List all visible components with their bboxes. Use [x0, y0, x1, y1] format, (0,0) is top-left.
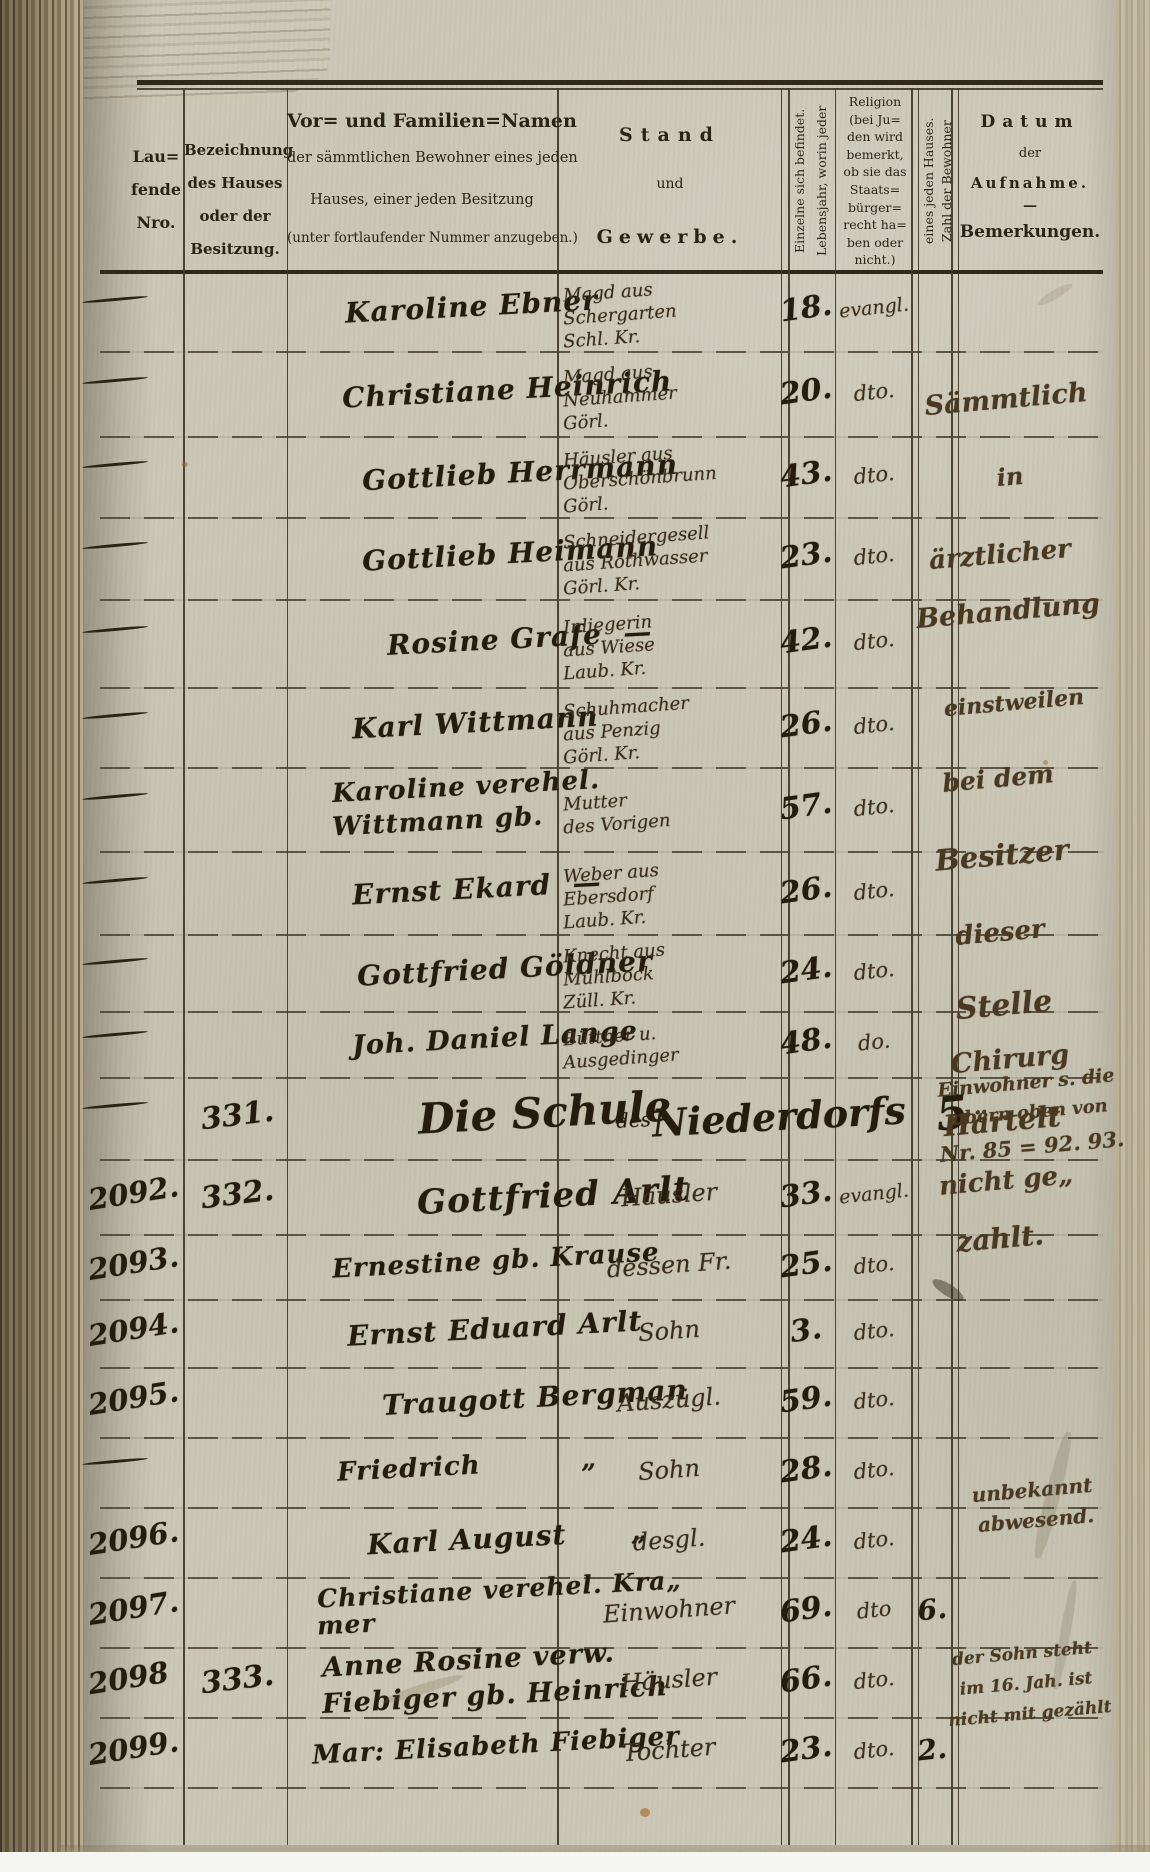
header-namen-line4: (unter fortlaufender Nummer anzugeben.)	[287, 230, 557, 246]
row-separator	[100, 1367, 1103, 1369]
religion-entry: dto.	[835, 376, 913, 408]
right-page-edge	[1116, 0, 1150, 1852]
header-namen-line3: Hauses, einer jeden Besitzung	[287, 192, 557, 208]
row-separator	[100, 1787, 1103, 1789]
header-aufnahme: Aufnahme.	[957, 174, 1103, 192]
age-years: 66.	[773, 1658, 839, 1701]
row-separator	[100, 1011, 1103, 1013]
remark-line: Sämmtlich	[923, 377, 1088, 422]
religion-entry: dto.	[835, 1454, 913, 1486]
house-number: 333.	[188, 1656, 287, 1702]
age-years: 69.	[773, 1588, 839, 1631]
age-years: 48.	[773, 1020, 839, 1063]
resident-count: 2.	[906, 1731, 957, 1769]
row-separator	[100, 934, 1103, 936]
religion-entry: dto.	[835, 875, 913, 907]
house-number: 331.	[188, 1092, 287, 1138]
age-years: 25.	[773, 1242, 839, 1285]
religion-entry: dto.	[835, 1249, 913, 1281]
religion-entry: dto.	[835, 1664, 913, 1696]
resident-name: Karoline verehel.	[331, 765, 600, 809]
right-page-shading	[1086, 0, 1116, 1852]
school-entry-part2: des	[615, 1107, 651, 1133]
religion-entry: dto	[835, 1594, 913, 1626]
religion-entry: dto.	[835, 459, 913, 491]
header-laufende-nro: Lau= fende Nro.	[128, 140, 184, 239]
bottom-page-edge	[60, 1845, 1150, 1852]
religion-entry: dto.	[835, 540, 913, 572]
resident-name: mer	[316, 1608, 376, 1640]
header-bemerkungen: Bemerkungen.	[957, 222, 1103, 242]
religion-entry: dto.	[835, 625, 913, 657]
remark-line: einstweilen	[943, 684, 1085, 722]
header-datum: Datum	[957, 112, 1103, 132]
remark-line: Besitzer	[934, 832, 1070, 878]
religion-entry: dto.	[835, 709, 913, 741]
house-number: 332.	[188, 1171, 287, 1217]
resident-count: 6.	[906, 1591, 957, 1629]
remark-line: in	[995, 461, 1024, 492]
header-namen-line2: der sämmtlichen Bewohner eines jeden	[287, 150, 557, 166]
religion-entry: dto.	[835, 1315, 913, 1347]
row-separator	[100, 517, 1103, 519]
header-divider-dash: —	[957, 198, 1103, 214]
age-years: 20.	[773, 369, 839, 412]
remark-line: im 16. Jah. ist	[959, 1668, 1093, 1700]
header-datum-der: der	[957, 146, 1103, 161]
resident-name: Karoline Ebner	[344, 283, 598, 329]
age-years: 3.	[773, 1309, 839, 1352]
age-years: 59.	[773, 1378, 839, 1421]
religion-entry: do.	[835, 1026, 913, 1058]
header-bezeichnung: Bezeichnung des Hauses oder der Besitzun…	[184, 134, 286, 266]
religion-entry: dto.	[835, 1384, 913, 1416]
religion-entry: evangl.	[835, 1179, 913, 1209]
remark-line: Behandlung	[915, 588, 1101, 635]
row-separator	[100, 1507, 1103, 1509]
remark-line: unbekannt	[971, 1473, 1094, 1507]
row-separator	[100, 687, 1103, 689]
row-separator	[100, 351, 1103, 353]
scanned-register-page: Lau= fende Nro. Bezeichnung des Hauses o…	[0, 0, 1150, 1872]
row-separator	[100, 1234, 1103, 1236]
age-years: 23.	[773, 534, 839, 577]
scan-background-strip	[0, 1852, 1150, 1872]
remark-line: Stelle	[954, 984, 1053, 1027]
age-years: 43.	[773, 452, 839, 495]
header-namen-line1: Vor= und Familien=Namen	[287, 110, 557, 132]
religion-entry: dto.	[835, 1524, 913, 1556]
religion-entry: dto.	[835, 955, 913, 987]
religion-entry: evangl.	[835, 293, 913, 323]
age-years: 42.	[773, 619, 839, 662]
table-top-border	[137, 80, 1103, 85]
resident-name: Wittmann gb.	[331, 801, 544, 842]
smudge-brown-2	[1035, 281, 1074, 309]
header-lebensjahr-vertical: Lebensjahr, worin jeder Einzelne sich be…	[785, 92, 833, 270]
age-years: 28.	[773, 1448, 839, 1491]
age-years: 26.	[773, 868, 839, 911]
header-gewerbe: Gewerbe.	[557, 226, 783, 248]
row-separator	[100, 1299, 1103, 1301]
remark-line: der Sohn steht	[951, 1638, 1093, 1670]
row-separator	[100, 1437, 1103, 1439]
remark-line: zahlt.	[955, 1218, 1045, 1259]
stain-rust-dot	[640, 1808, 650, 1817]
religion-entry: dto.	[835, 1734, 913, 1766]
age-years: 18.	[773, 287, 839, 330]
header-zahl-vertical: Zahl der Bewohner eines jeden Hauses.	[916, 92, 956, 270]
age-years: 24.	[773, 948, 839, 991]
header-stand: Stand	[557, 124, 783, 146]
age-years: 26.	[773, 703, 839, 746]
age-years: 23.	[773, 1728, 839, 1771]
header-stand-und: und	[557, 176, 783, 192]
remark-line: ärztlicher	[928, 534, 1072, 576]
age-years: 24.	[773, 1518, 839, 1561]
book-spine-edge	[0, 0, 84, 1872]
age-years: 33.	[773, 1172, 839, 1215]
school-entry-part3: Niederdorfs	[651, 1087, 907, 1145]
header-religion: Religion (bei Ju= den wird bemerkt, ob s…	[836, 93, 914, 269]
religion-entry: dto.	[835, 791, 913, 823]
row-separator	[100, 436, 1103, 438]
remark-line: dieser	[954, 914, 1046, 952]
age-years: 57.	[773, 785, 839, 828]
